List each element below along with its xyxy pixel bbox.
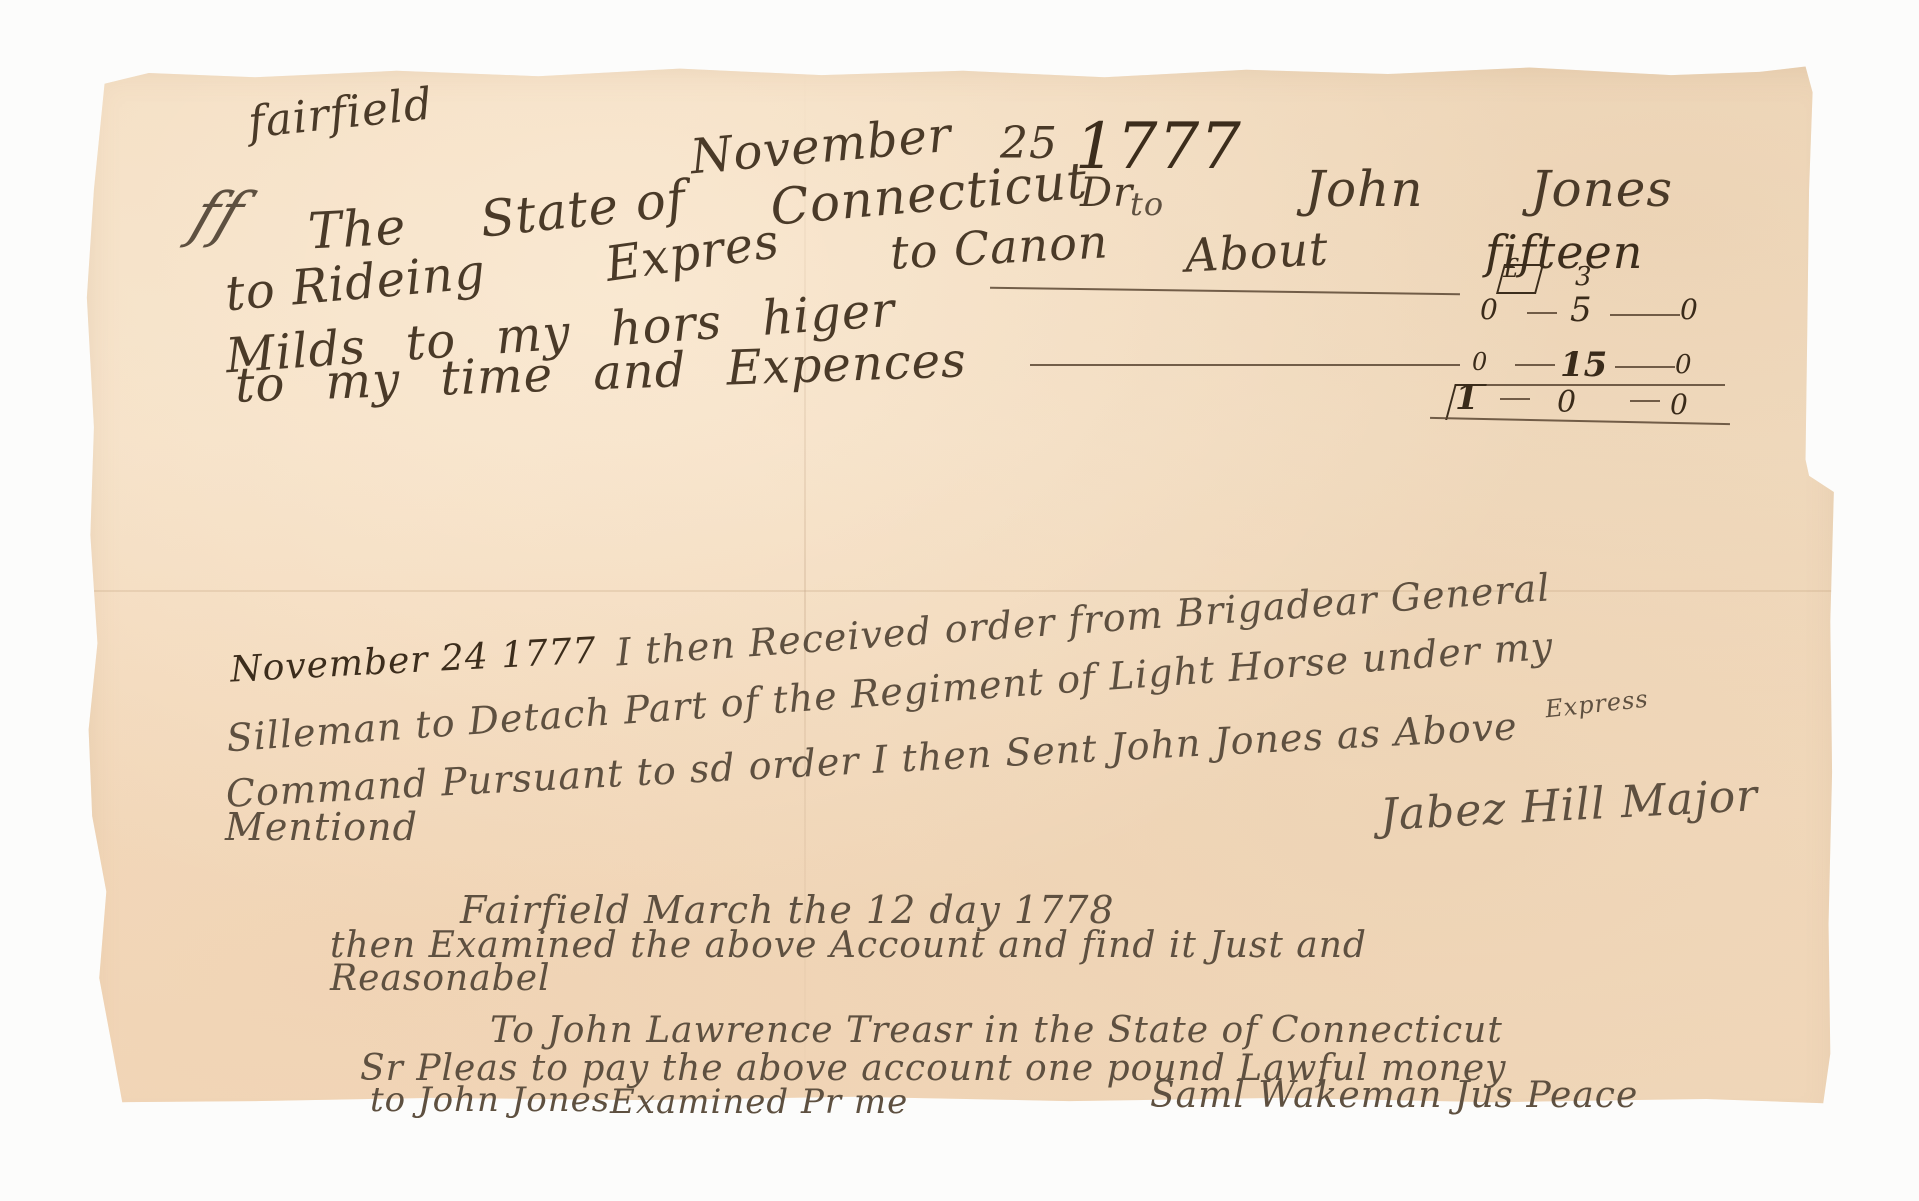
account-payee-name: John Jones bbox=[1305, 160, 1673, 218]
total-pounds: 1 bbox=[1455, 378, 1479, 418]
fold-crease bbox=[78, 590, 1848, 592]
total-dash-b bbox=[1630, 400, 1660, 402]
scan-background: fairfield November 25 1777 ff The State … bbox=[0, 0, 1919, 1201]
order-line-4: Mentiond bbox=[225, 805, 418, 849]
item-1-dash-b bbox=[1610, 314, 1680, 316]
total-rule-top bbox=[1460, 384, 1725, 386]
justice-signature: Saml Wakeman Jus Peace bbox=[1150, 1075, 1638, 1116]
item-2-pounds: 0 bbox=[1472, 348, 1487, 376]
subtotal-header: 3 bbox=[1575, 262, 1592, 292]
examination-line-2: Reasonabel bbox=[330, 958, 551, 999]
total-shillings: 0 bbox=[1557, 385, 1576, 420]
account-to-canon: to Canon bbox=[889, 214, 1110, 279]
total-pence: 0 bbox=[1670, 388, 1688, 421]
examined-by: Examined Pr me bbox=[610, 1082, 908, 1122]
item-2-shillings: 15 bbox=[1560, 345, 1607, 385]
pound-sign: £ bbox=[1503, 254, 1520, 284]
item-2-dash-a bbox=[1515, 364, 1555, 366]
item-2-dash-b bbox=[1615, 366, 1675, 368]
item-1-dash-a bbox=[1527, 312, 1557, 314]
item-1-pence: 0 bbox=[1680, 293, 1698, 326]
item-1-shillings: 5 bbox=[1570, 290, 1592, 330]
item-2-pence: 0 bbox=[1675, 350, 1692, 380]
payee-line: to John Jones bbox=[370, 1080, 610, 1120]
leader-line-2 bbox=[1030, 364, 1460, 366]
account-to: to bbox=[1130, 185, 1164, 223]
item-1-pounds: 0 bbox=[1480, 293, 1498, 326]
account-dr: Dr bbox=[1080, 170, 1133, 216]
account-about: About bbox=[1184, 221, 1330, 282]
total-dash-a bbox=[1500, 398, 1530, 400]
treasurer-address: To John Lawrence Treasr in the State of … bbox=[490, 1010, 1503, 1051]
